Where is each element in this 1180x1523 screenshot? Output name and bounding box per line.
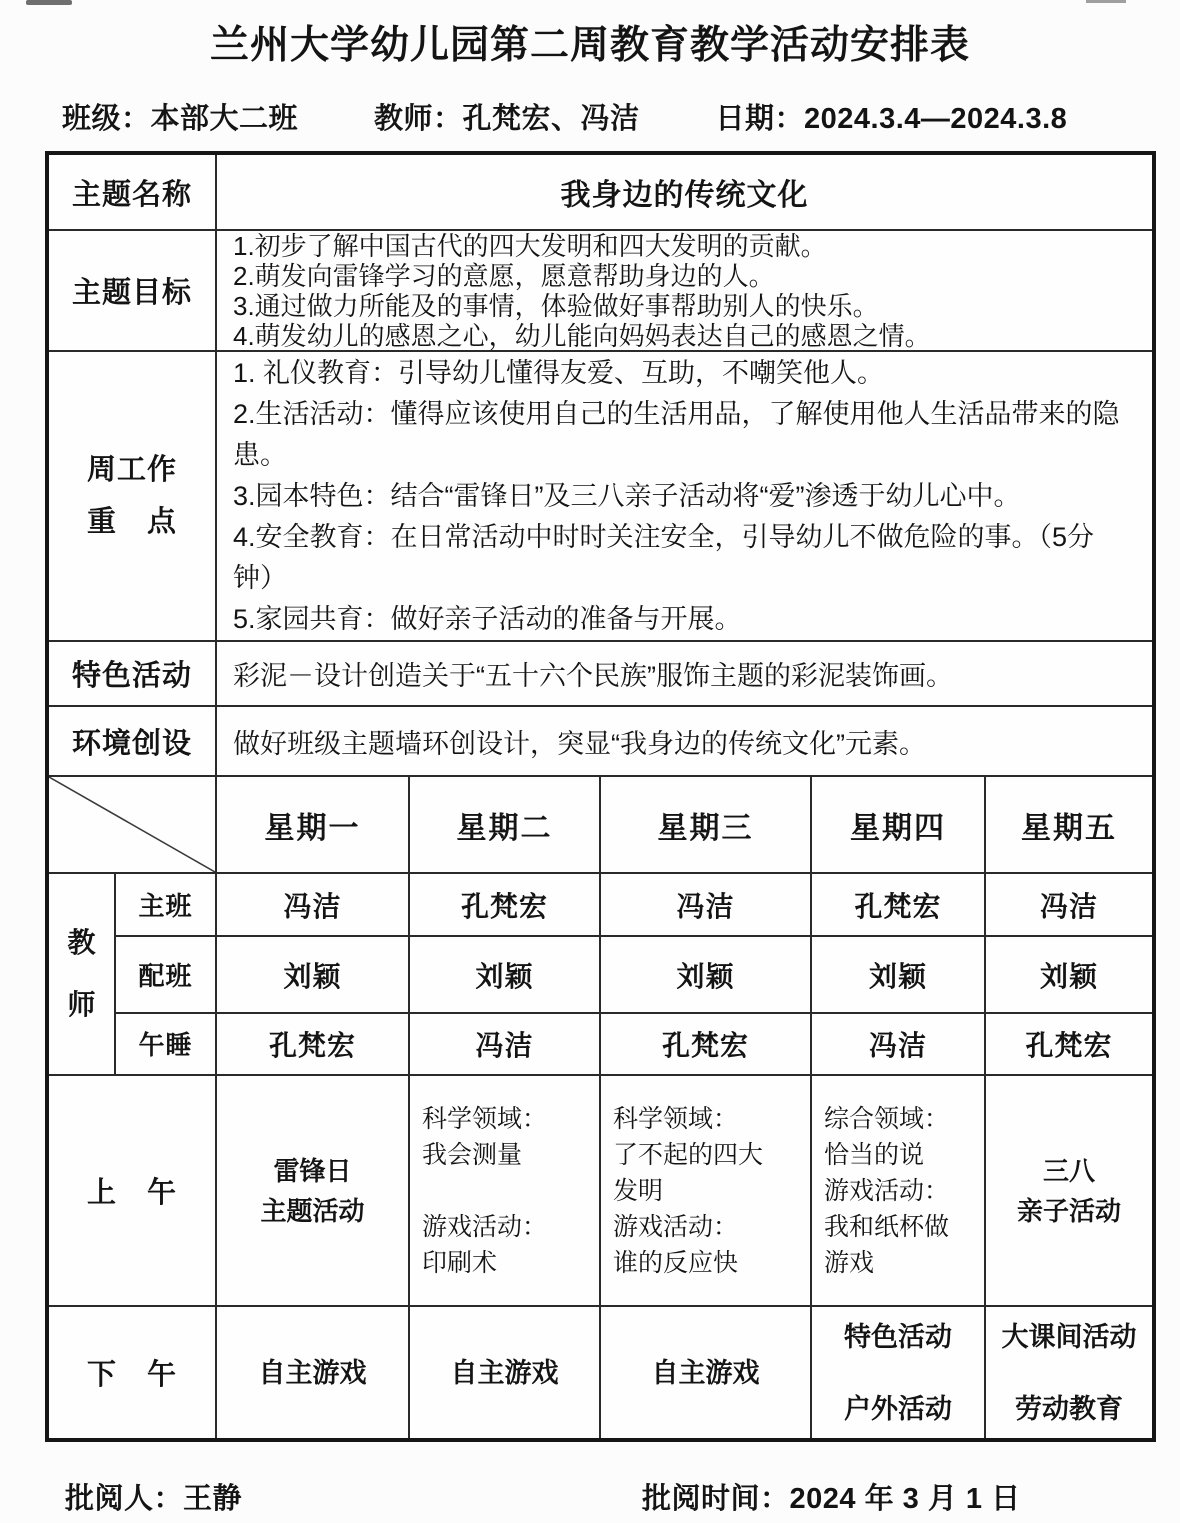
main-teacher-tuesday: 孔梵宏	[408, 874, 599, 935]
environment-value-cell: 做好班级主题墙环创设计，突显“我身边的传统文化”元素。	[215, 707, 1152, 775]
assistant-teacher-monday: 刘颖	[215, 937, 408, 1011]
weekly-focus-label: 周工作 重 点	[87, 444, 177, 548]
special-activity-label: 特色活动	[72, 653, 192, 694]
morning-label-cell: 上 午	[49, 1076, 215, 1305]
weekly-focus-label-cell: 周工作 重 点	[49, 352, 215, 640]
afternoon-wednesday-cell: 自主游戏	[599, 1307, 810, 1438]
main-teacher-friday: 冯洁	[984, 874, 1152, 935]
teachers-block: 教 师 主班 冯洁 孔梵宏 冯洁 孔梵宏 冯洁 配班 刘颖 刘颖 刘颖 刘颖 刘…	[49, 872, 1152, 1074]
photo-artifact-right	[1086, 0, 1126, 3]
morning-row: 上 午 雷锋日 主题活动 科学领域： 我会测量 游戏活动： 印刷术 科学领域： …	[49, 1074, 1152, 1305]
date-info: 日期：2024.3.4—2024.3.8	[716, 96, 1068, 137]
afternoon-label-cell: 下 午	[49, 1307, 215, 1438]
nap-teacher-friday: 孔梵宏	[984, 1014, 1152, 1074]
theme-goals-row: 主题目标 1.初步了解中国古代的四大发明和四大发明的贡献。 2.萌发向雷锋学习的…	[49, 229, 1152, 350]
special-activity-text: 彩泥－设计创造关于“五十六个民族”服饰主题的彩泥装饰画。	[217, 654, 1152, 693]
assistant-teacher-row: 配班 刘颖 刘颖 刘颖 刘颖 刘颖	[116, 935, 1152, 1011]
teachers-group-label-cell: 教 师	[49, 874, 116, 1074]
day-header-tuesday: 星期二	[408, 777, 599, 872]
teachers-subtable: 主班 冯洁 孔梵宏 冯洁 孔梵宏 冯洁 配班 刘颖 刘颖 刘颖 刘颖 刘颖 午睡…	[116, 874, 1152, 1074]
weekly-focus-value-cell: 1. 礼仪教育：引导幼儿懂得友爱、互助，不嘲笑他人。 2.生活活动：懂得应该使用…	[215, 352, 1152, 640]
afternoon-thursday-cell: 特色活动 户外活动	[810, 1307, 984, 1438]
assistant-teacher-thursday: 刘颖	[810, 937, 984, 1011]
theme-name-value-cell: 我身边的传统文化	[215, 155, 1152, 229]
weekly-focus-text: 1. 礼仪教育：引导幼儿懂得友爱、互助，不嘲笑他人。 2.生活活动：懂得应该使用…	[217, 351, 1152, 642]
afternoon-tuesday-cell: 自主游戏	[408, 1307, 599, 1438]
theme-goals-label: 主题目标	[72, 270, 192, 311]
environment-row: 环境创设 做好班级主题墙环创设计，突显“我身边的传统文化”元素。	[49, 705, 1152, 775]
assistant-teacher-wednesday: 刘颖	[599, 937, 810, 1011]
nap-teacher-monday: 孔梵宏	[215, 1014, 408, 1074]
morning-thursday-cell: 综合领域： 恰当的说 游戏活动： 我和纸杯做 游戏	[810, 1076, 984, 1305]
morning-tuesday-cell: 科学领域： 我会测量 游戏活动： 印刷术	[408, 1076, 599, 1305]
teachers-group-label: 教 师	[67, 912, 95, 1036]
afternoon-label: 下 午	[87, 1352, 177, 1393]
theme-name-value: 我身边的传统文化	[561, 170, 809, 214]
class-info: 班级：本部大二班	[62, 96, 298, 137]
nap-teacher-thursday: 冯洁	[810, 1014, 984, 1074]
schedule-table: 主题名称 我身边的传统文化 主题目标 1.初步了解中国古代的四大发明和四大发明的…	[45, 151, 1156, 1442]
special-activity-value-cell: 彩泥－设计创造关于“五十六个民族”服饰主题的彩泥装饰画。	[215, 642, 1152, 705]
footer: 批阅人：王静 批阅时间：2024 年 3 月 1 日	[65, 1476, 1180, 1517]
theme-goals-value-cell: 1.初步了解中国古代的四大发明和四大发明的贡献。 2.萌发向雷锋学习的意愿，愿意…	[215, 231, 1152, 350]
nap-teacher-label-cell: 午睡	[116, 1014, 215, 1074]
main-teacher-label-cell: 主班	[116, 874, 215, 935]
nap-teacher-wednesday: 孔梵宏	[599, 1014, 810, 1074]
main-teacher-wednesday: 冯洁	[599, 874, 810, 935]
day-header-friday: 星期五	[984, 777, 1152, 872]
day-header-wednesday: 星期三	[599, 777, 810, 872]
afternoon-monday-cell: 自主游戏	[215, 1307, 408, 1438]
theme-name-label: 主题名称	[72, 172, 192, 213]
morning-wednesday-cell: 科学领域： 了不起的四大 发明 游戏活动： 谁的反应快	[599, 1076, 810, 1305]
theme-goals-label-cell: 主题目标	[49, 231, 215, 350]
days-header-row: 星期一 星期二 星期三 星期四 星期五	[49, 775, 1152, 872]
environment-label-cell: 环境创设	[49, 707, 215, 775]
reviewer-name: 批阅人：王静	[65, 1476, 242, 1517]
special-activity-label-cell: 特色活动	[49, 642, 215, 705]
nap-teacher-tuesday: 冯洁	[408, 1014, 599, 1074]
review-time: 批阅时间：2024 年 3 月 1 日	[642, 1476, 1021, 1517]
morning-label: 上 午	[87, 1170, 177, 1211]
special-activity-row: 特色活动 彩泥－设计创造关于“五十六个民族”服饰主题的彩泥装饰画。	[49, 640, 1152, 705]
info-line: 班级：本部大二班 教师：孔梵宏、冯洁 日期：2024.3.4—2024.3.8	[0, 96, 1180, 137]
afternoon-row: 下 午 自主游戏 自主游戏 自主游戏 特色活动 户外活动 大课间活动 劳动教育	[49, 1305, 1152, 1438]
morning-friday-cell: 三八 亲子活动	[984, 1076, 1152, 1305]
assistant-teacher-label-cell: 配班	[116, 937, 215, 1011]
photo-artifact-left	[26, 0, 72, 5]
afternoon-friday-cell: 大课间活动 劳动教育	[984, 1307, 1152, 1438]
morning-monday-cell: 雷锋日 主题活动	[215, 1076, 408, 1305]
environment-text: 做好班级主题墙环创设计，突显“我身边的传统文化”元素。	[217, 722, 1152, 761]
theme-name-label-cell: 主题名称	[49, 155, 215, 229]
nap-teacher-row: 午睡 孔梵宏 冯洁 孔梵宏 冯洁 孔梵宏	[116, 1012, 1152, 1074]
main-teacher-row: 主班 冯洁 孔梵宏 冯洁 孔梵宏 冯洁	[116, 874, 1152, 935]
day-header-thursday: 星期四	[810, 777, 984, 872]
weekly-focus-row: 周工作 重 点 1. 礼仪教育：引导幼儿懂得友爱、互助，不嘲笑他人。 2.生活活…	[49, 350, 1152, 640]
teachers-info: 教师：孔梵宏、冯洁	[374, 96, 640, 137]
theme-name-row: 主题名称 我身边的传统文化	[49, 155, 1152, 229]
main-teacher-thursday: 孔梵宏	[810, 874, 984, 935]
diagonal-cell	[49, 777, 215, 872]
environment-label: 环境创设	[72, 721, 192, 762]
theme-goals-text: 1.初步了解中国古代的四大发明和四大发明的贡献。 2.萌发向雷锋学习的意愿，愿意…	[217, 227, 1152, 355]
page-title: 兰州大学幼儿园第二周教育教学活动安排表	[0, 14, 1180, 70]
assistant-teacher-friday: 刘颖	[984, 937, 1152, 1011]
main-teacher-monday: 冯洁	[215, 874, 408, 935]
assistant-teacher-tuesday: 刘颖	[408, 937, 599, 1011]
diagonal-line	[49, 777, 215, 872]
day-header-monday: 星期一	[215, 777, 408, 872]
